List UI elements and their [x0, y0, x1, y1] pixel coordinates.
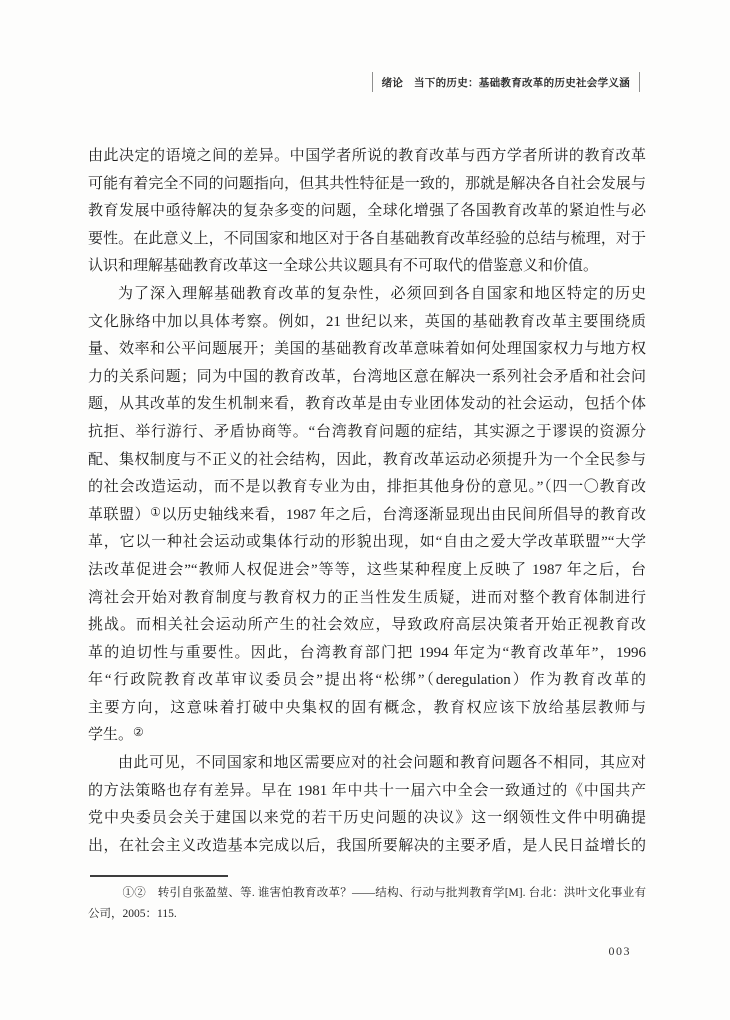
paragraph: 由此决定的语境之间的差异。中国学者所说的教育改革与西方学者所讲的教育改革可能有着… — [88, 143, 646, 281]
text-line: 由此可见，不同国家和地区需要应对的社会问题和教育问题各不相同，其应对 — [88, 750, 646, 778]
text-line: 量、效率和公平问题展开；美国的基础教育改革意味着如何处理国家权力与地方权 — [88, 336, 646, 364]
text-line: 主要方向，这意味着打破中央集权的固有概念，教育权应该下放给基层教师与 — [88, 695, 646, 723]
text-line: 力的关系问题；同为中国的教育改革，台湾地区意在解决一系列社会矛盾和社会问 — [88, 364, 646, 392]
footnote-text: ①② 转引自张盈堃、等. 谁害怕教育改革？——结构、行动与批判教育学[M]. 台… — [88, 883, 646, 925]
text-line: 年“行政院教育改革审议委员会”提出将“松绑”（deregulation）作为教育… — [88, 667, 646, 695]
footnote-marker: ② — [133, 725, 144, 739]
running-header: 绪论 当下的历史：基础教育改革的历史社会学义涵 — [372, 70, 640, 94]
text-line: 认识和理解基础教育改革这一全球公共议题具有不可取代的借鉴意义和价值。 — [88, 253, 646, 281]
paragraph: 为了深入理解基础教育改革的复杂性，必须回到各自国家和地区特定的历史文化脉络中加以… — [88, 281, 646, 750]
footnote-separator — [90, 875, 228, 877]
text-line: 要性。在此意义上，不同国家和地区对于各自基础教育改革经验的总结与梳理，对于 — [88, 226, 646, 254]
text-line: 抗拒、举行游行、矛盾协商等。“台湾教育问题的症结，其实源之于谬误的资源分 — [88, 419, 646, 447]
text-line: 学生。② — [88, 722, 646, 750]
book-page: 绪论 当下的历史：基础教育改革的历史社会学义涵 由此决定的语境之间的差异。中国学… — [0, 0, 730, 1020]
text-line: 党中央委员会关于建国以来党的若干历史问题的决议》这一纲领性文件中明确提 — [88, 805, 646, 833]
text-line: 的方法策略也存有差异。早在 1981 年中共十一届六中全会一致通过的《中国共产 — [88, 778, 646, 806]
text-line: 湾社会开始对教育制度与教育权力的正当性发生质疑，进而对整个教育体制进行 — [88, 585, 646, 613]
text-line: 出，在社会主义改造基本完成以后，我国所要解决的主要矛盾，是人民日益增长的 — [88, 833, 646, 861]
text-line: 教育发展中亟待解决的复杂多变的问题，全球化增强了各国教育改革的紧迫性与必 — [88, 198, 646, 226]
text-line: 挑战。而相关社会运动所产生的社会效应，导致政府高层决策者开始正视教育改 — [88, 612, 646, 640]
text-line: 可能有着完全不同的问题指向，但其共性特征是一致的，那就是解决各自社会发展与 — [88, 171, 646, 199]
header-rule-left — [372, 72, 373, 92]
text-line: 革，它以一种社会运动或集体行动的形貌出现，如“自由之爱大学改革联盟”“大学 — [88, 529, 646, 557]
page-number: 003 — [609, 944, 632, 959]
text-line: 法改革促进会”“教师人权促进会”等等，这些某种程度上反映了 1987 年之后，台 — [88, 557, 646, 585]
paragraph: 由此可见，不同国家和地区需要应对的社会问题和教育问题各不相同，其应对的方法策略也… — [88, 750, 646, 860]
body-text: 由此决定的语境之间的差异。中国学者所说的教育改革与西方学者所讲的教育改革可能有着… — [88, 143, 646, 860]
text-line: 配、集权制度与不正义的社会结构，因此，教育改革运动必须提升为一个全民参与 — [88, 447, 646, 475]
text-line: 题，从其改革的发生机制来看，教育改革是由专业团体发动的社会运动，包括个体 — [88, 391, 646, 419]
header-rule-right — [639, 72, 640, 92]
text-line: 的社会改造运动，而不是以教育专业为由，排拒其他身份的意见。”（四一〇教育改 — [88, 474, 646, 502]
footnote-line: ①② 转引自张盈堃、等. 谁害怕教育改革？——结构、行动与批判教育学[M]. 台… — [88, 883, 646, 904]
text-line: 革的迫切性与重要性。因此，台湾教育部门把 1994 年定为“教育改革年”，199… — [88, 640, 646, 668]
text-line: 文化脉络中加以具体考察。例如，21 世纪以来，英国的基础教育改革主要围绕质 — [88, 309, 646, 337]
footnote-line: 公司，2005：115. — [88, 904, 646, 925]
text-line: 为了深入理解基础教育改革的复杂性，必须回到各自国家和地区特定的历史 — [88, 281, 646, 309]
running-header-title: 绪论 当下的历史：基础教育改革的历史社会学义涵 — [382, 75, 630, 90]
text-line: 由此决定的语境之间的差异。中国学者所说的教育改革与西方学者所讲的教育改革 — [88, 143, 646, 171]
footnote-marker: ① — [150, 505, 161, 519]
text-line: 革联盟）①以历史轴线来看，1987 年之后，台湾逐渐显现出由民间所倡导的教育改 — [88, 502, 646, 530]
